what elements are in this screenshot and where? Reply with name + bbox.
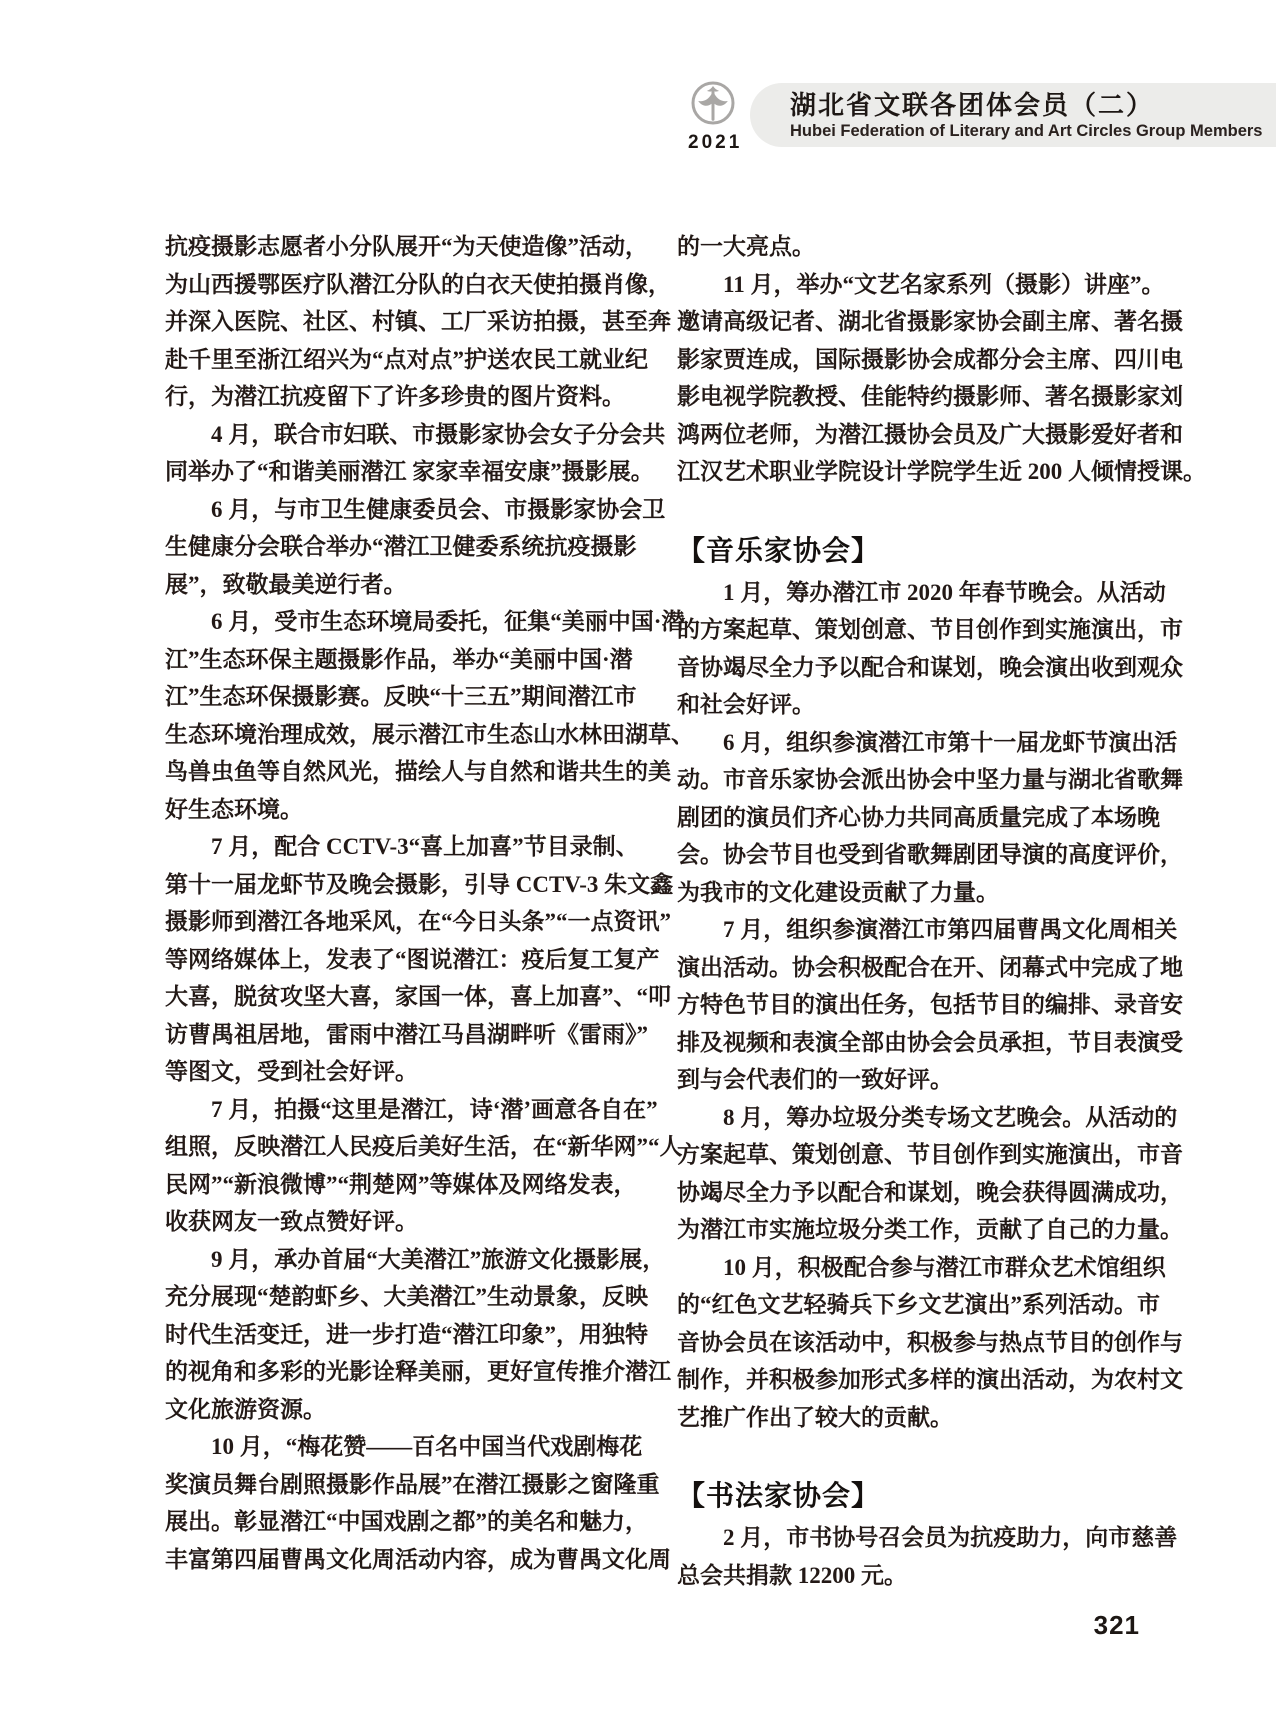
- text-line: 10 月，“梅花赞——百名中国当代戏剧梅花: [165, 1428, 628, 1466]
- text-line: 的视角和多彩的光影诠释美丽，更好宣传推介潜江: [165, 1353, 628, 1391]
- text-line: 江汉艺术职业学院设计学院学生近 200 人倾情授课。: [677, 453, 1140, 491]
- text-line: 等网络媒体上，发表了“图说潜江：疫后复工复产: [165, 941, 628, 979]
- text-line: 会。协会节目也受到省歌舞剧团导演的高度评价，: [677, 836, 1140, 874]
- text-line: 艺推广作出了较大的贡献。: [677, 1399, 1140, 1437]
- text-line: 为我市的文化建设贡献了力量。: [677, 874, 1140, 912]
- text-line: 第十一届龙虾节及晚会摄影，引导 CCTV-3 朱文鑫: [165, 866, 628, 904]
- yearbook-page: { "header": { "year": "2021", "title_cn"…: [0, 0, 1276, 1719]
- text-line: 11 月，举办“文艺名家系列（摄影）讲座”。: [677, 266, 1140, 304]
- text-line: 音协会员在该活动中，积极参与热点节目的创作与: [677, 1324, 1140, 1362]
- text-line: 1 月，筹办潜江市 2020 年春节晚会。从活动: [677, 574, 1140, 612]
- text-line: 的一大亮点。: [677, 228, 1140, 266]
- page-number: 321: [1094, 1610, 1140, 1641]
- left-column: 抗疫摄影志愿者小分队展开“为天使造像”活动，为山西援鄂医疗队潜江分队的白衣天使拍…: [165, 228, 628, 1578]
- text-line: 剧团的演员们齐心协力共同高质量完成了本场晚: [677, 799, 1140, 837]
- page-title-en: Hubei Federation of Literary and Art Cir…: [790, 121, 1276, 141]
- text-line: 制作，并积极参加形式多样的演出活动，为农村文: [677, 1361, 1140, 1399]
- text-line: 访曹禺祖居地，雷雨中潜江马昌湖畔听《雷雨》”: [165, 1016, 628, 1054]
- text-line: 10 月，积极配合参与潜江市群众艺术馆组织: [677, 1249, 1140, 1287]
- text-line: 音协竭尽全力予以配合和谋划，晚会演出收到观众: [677, 649, 1140, 687]
- text-line: 行，为潜江抗疫留下了许多珍贵的图片资料。: [165, 378, 628, 416]
- section-heading: 【音乐家协会】: [677, 529, 1140, 573]
- text-line: 2 月，市书协号召会员为抗疫助力，向市慈善: [677, 1519, 1140, 1557]
- text-line: 等图文，受到社会好评。: [165, 1053, 628, 1091]
- publisher-logo: 2021: [688, 80, 738, 154]
- text-line: 总会共捐款 12200 元。: [677, 1557, 1140, 1595]
- text-line: 时代生活变迁，进一步打造“潜江印象”，用独特: [165, 1316, 628, 1354]
- header-bar: 湖北省文联各团体会员（二） Hubei Federation of Litera…: [750, 83, 1276, 147]
- text-line: 到与会代表们的一致好评。: [677, 1061, 1140, 1099]
- text-line: 和社会好评。: [677, 686, 1140, 724]
- text-line: 动。市音乐家协会派出协会中坚力量与湖北省歌舞: [677, 761, 1140, 799]
- text-line: 大喜，脱贫攻坚大喜，家国一体，喜上加喜”、“叩: [165, 978, 628, 1016]
- text-line: 同举办了“和谐美丽潜江 家家幸福安康”摄影展。: [165, 453, 628, 491]
- text-line: 6 月，与市卫生健康委员会、市摄影家协会卫: [165, 491, 628, 529]
- wenlian-emblem-icon: [690, 113, 736, 130]
- text-line: 的方案起草、策划创意、节目创作到实施演出，市: [677, 611, 1140, 649]
- text-line: 生健康分会联合举办“潜江卫健委系统抗疫摄影: [165, 528, 628, 566]
- text-line: 收获网友一致点赞好评。: [165, 1203, 628, 1241]
- text-line: 为山西援鄂医疗队潜江分队的白衣天使拍摄肖像，: [165, 266, 628, 304]
- text-line: 排及视频和表演全部由协会会员承担，节目表演受: [677, 1024, 1140, 1062]
- text-line: 方特色节目的演出任务，包括节目的编排、录音安: [677, 986, 1140, 1024]
- text-line: 组照，反映潜江人民疫后美好生活，在“新华网”“人: [165, 1128, 628, 1166]
- text-line: 7 月，组织参演潜江市第四届曹禺文化周相关: [677, 911, 1140, 949]
- section-heading: 【书法家协会】: [677, 1474, 1140, 1518]
- text-line: 4 月，联合市妇联、市摄影家协会女子分会共: [165, 416, 628, 454]
- logo-year-label: 2021: [688, 132, 738, 154]
- text-line: 好生态环境。: [165, 791, 628, 829]
- text-line: 民网”“新浪微博”“荆楚网”等媒体及网络发表，: [165, 1166, 628, 1204]
- text-line: 江”生态环保主题摄影作品，举办“美丽中国·潜: [165, 641, 628, 679]
- page-title-cn: 湖北省文联各团体会员（二）: [790, 90, 1276, 121]
- text-line: 奖演员舞台剧照摄影作品展”在潜江摄影之窗隆重: [165, 1466, 628, 1504]
- text-line: 影家贾连成，国际摄影协会成都分会主席、四川电: [677, 341, 1140, 379]
- text-line: 文化旅游资源。: [165, 1391, 628, 1429]
- text-line: 9 月，承办首届“大美潜江”旅游文化摄影展，: [165, 1241, 628, 1279]
- text-line: 协竭尽全力予以配合和谋划，晚会获得圆满成功，: [677, 1174, 1140, 1212]
- text-line: 影电视学院教授、佳能特约摄影师、著名摄影家刘: [677, 378, 1140, 416]
- text-line: 7 月，配合 CCTV-3“喜上加喜”节目录制、: [165, 828, 628, 866]
- text-line: 展”，致敬最美逆行者。: [165, 566, 628, 604]
- text-line: 演出活动。协会积极配合在开、闭幕式中完成了地: [677, 949, 1140, 987]
- text-line: 8 月，筹办垃圾分类专场文艺晚会。从活动的: [677, 1099, 1140, 1137]
- text-line: 展出。彰显潜江“中国戏剧之都”的美名和魅力，: [165, 1503, 628, 1541]
- text-line: 鸟兽虫鱼等自然风光，描绘人与自然和谐共生的美: [165, 753, 628, 791]
- text-line: 为潜江市实施垃圾分类工作，贡献了自己的力量。: [677, 1211, 1140, 1249]
- text-line: 的“红色文艺轻骑兵下乡文艺演出”系列活动。市: [677, 1286, 1140, 1324]
- text-line: 江”生态环保摄影赛。反映“十三五”期间潜江市: [165, 678, 628, 716]
- text-line: 充分展现“楚韵虾乡、大美潜江”生动景象，反映: [165, 1278, 628, 1316]
- text-line: 摄影师到潜江各地采风，在“今日头条”“一点资讯”: [165, 903, 628, 941]
- text-line: 方案起草、策划创意、节目创作到实施演出，市音: [677, 1136, 1140, 1174]
- text-line: 丰富第四届曹禺文化周活动内容，成为曹禺文化周: [165, 1541, 628, 1579]
- text-line: 鸿两位老师，为潜江摄协会员及广大摄影爱好者和: [677, 416, 1140, 454]
- right-column: 的一大亮点。11 月，举办“文艺名家系列（摄影）讲座”。邀请高级记者、湖北省摄影…: [677, 228, 1140, 1594]
- text-line: 抗疫摄影志愿者小分队展开“为天使造像”活动，: [165, 228, 628, 266]
- text-line: 并深入医院、社区、村镇、工厂采访拍摄，甚至奔: [165, 303, 628, 341]
- text-line: 6 月，受市生态环境局委托，征集“美丽中国·潜: [165, 603, 628, 641]
- text-line: 赴千里至浙江绍兴为“点对点”护送农民工就业纪: [165, 341, 628, 379]
- text-line: 生态环境治理成效，展示潜江市生态山水林田湖草、: [165, 716, 628, 754]
- text-line: 7 月，拍摄“这里是潜江，诗‘潜’画意各自在”: [165, 1091, 628, 1129]
- text-line: 6 月，组织参演潜江市第十一届龙虾节演出活: [677, 724, 1140, 762]
- text-line: 邀请高级记者、湖北省摄影家协会副主席、著名摄: [677, 303, 1140, 341]
